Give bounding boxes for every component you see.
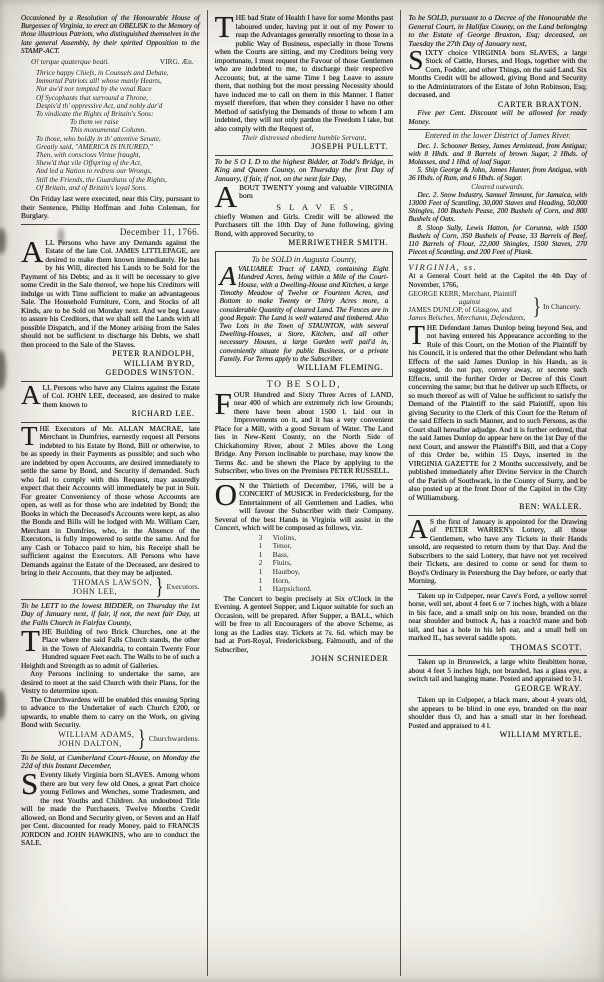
motto-text: O! terque quaterque beati. <box>31 57 109 66</box>
ad-body-text: LL Persons who have any Claims against t… <box>43 383 200 409</box>
article-divider <box>408 515 587 516</box>
ad-johnlee-estate: A LL Persons who have any Claims against… <box>21 384 200 419</box>
article-divider <box>21 381 200 382</box>
ad-dateline: To be LETT to the lowest BIDDER, on Thur… <box>21 602 200 628</box>
issue-date: December 11, 1766. <box>21 227 200 237</box>
dropcap: A <box>215 184 239 210</box>
chancery-parties: GEORGE KERR, Merchant, Plaintiff against… <box>408 290 587 323</box>
ad-cumberland-sale: To be Sold, at Cumberland Court-House, o… <box>21 754 200 848</box>
ad-body-text: VALUABLE Tract of LAND, containing Eight… <box>220 265 389 363</box>
motto-attribution: VIRG. Æn. <box>160 57 194 66</box>
article-divider <box>408 589 587 590</box>
article-divider <box>215 155 394 156</box>
chancery-order: VIRGINIA, ss. At a General Court held at… <box>408 262 587 511</box>
stray-notice-scott: Taken up in Culpeper, near Cave's Ford, … <box>408 592 587 653</box>
column-layout: Occasioned by a Resolution of the Honour… <box>14 10 594 976</box>
chancery-court-line: At a General Court held at the Capitol t… <box>408 272 587 288</box>
poem-line: To them we raise <box>36 118 200 126</box>
stray-notice-myrtle: Taken up in Culpeper, a black mare, abou… <box>408 696 587 740</box>
dropcap: T <box>21 628 42 654</box>
instrument: Harpsichord. <box>273 585 312 594</box>
party-line: JAMES DUNLOP, of Glasgow, and <box>408 306 531 314</box>
article-divider <box>215 479 394 480</box>
dropcap: A <box>220 265 239 288</box>
party-line: against <box>408 298 531 306</box>
poem-line: To vindicate the Rights of Britain's Son… <box>36 110 200 118</box>
ad-dateline: To be S O L D to the highest Bidder, at … <box>215 158 394 184</box>
ad-paragraph: The Concert to begin precisely at Six o'… <box>215 595 394 655</box>
obelisk-note-text: Occasioned by a Resolution of the Honour… <box>21 14 200 55</box>
signature: WILLIAM MYRTLE. <box>408 730 587 740</box>
ad-newkent-land: TO BE SOLD, F OUR Hundred and Sixty Thre… <box>215 380 394 476</box>
signature: WILLIAM ADAMS, <box>58 730 134 739</box>
dropcap: T <box>408 324 427 347</box>
signature: THOMAS LAWSON, <box>73 578 153 587</box>
chancery-jurisdiction: VIRGINIA, ss. <box>408 262 587 272</box>
article-divider <box>21 422 200 423</box>
dropcap: A <box>21 239 45 265</box>
ad-warren-lottery: A S the first of January is appointed fo… <box>408 518 587 586</box>
brace-label: In Chancery. <box>543 302 587 311</box>
shipping-entry: Dec. 2. Snow Industry, Samuel Tennant, f… <box>408 191 587 224</box>
brace-glyph: } <box>138 727 146 750</box>
ad-heading: TO BE SOLD, <box>215 380 394 390</box>
ad-body-text: Eventy likely Virginia born SLAVES. Amon… <box>21 770 200 847</box>
signature-brace-group: THOMAS LAWSON, JOHN LEE, } Executors. <box>21 578 200 596</box>
closing-line: Their distressed obedient humble Servant… <box>215 133 394 142</box>
order-body-text: HE Defendant James Dunlop being beyond S… <box>408 323 587 502</box>
signature: PETER RANDOLPH, <box>21 349 200 359</box>
obelisk-resolution-note: Occasioned by a Resolution of the Honour… <box>21 14 200 192</box>
obelisk-poem: Thrice happy Chiefs, in Counsels and Deb… <box>21 69 200 192</box>
party-line: GEORGE KERR, Merchant, Plaintiff <box>408 290 531 298</box>
dropcap: A <box>21 384 43 407</box>
notice-pullett: T HE bad State of Health I have for some… <box>215 14 394 152</box>
article-divider <box>21 224 200 225</box>
ad-falls-church-building: To be LETT to the lowest BIDDER, on Thur… <box>21 602 200 748</box>
party-line: James Belsches, Merchants, Defendants, <box>408 314 531 322</box>
ad-paragraph: The Churchwardens will be enabled this e… <box>21 696 200 730</box>
ad-paragraph: Five per Cent. Discount will be allowed … <box>408 109 587 126</box>
concert-instrument-list: 3Violins, 1Tenor, 1Bass, 2Fluits, 1Hautb… <box>215 534 394 594</box>
brace-glyph: } <box>533 295 541 318</box>
article-divider <box>408 655 587 656</box>
ad-body-text: LL Persons who have any Demands against … <box>21 238 200 349</box>
dropcap: S <box>21 771 40 797</box>
ad-heading: To be SOLD in Augusta County, <box>220 255 389 264</box>
shipping-heading: Entered in the lower District of James R… <box>408 132 587 140</box>
ad-body-text: S the first of January is appointed for … <box>408 517 587 586</box>
ad-paragraph: Any Persons inclining to undertake the s… <box>21 670 200 696</box>
scan-artifact <box>0 350 6 390</box>
ad-body-text: HE Executors of Mr. ALLAN MACRAE, late M… <box>21 424 200 578</box>
ad-concert-fredericksburg: O N the Thirtieth of December, 1766, wil… <box>215 482 394 664</box>
latin-motto: O! terque quaterque beati. VIRG. Æn. <box>21 55 200 67</box>
ad-body-text: HE Building of two Brick Churches, one a… <box>21 627 200 670</box>
ad-body-text: OUR Hundred and Sixty Three Acres of LAN… <box>215 390 394 476</box>
column-left: Occasioned by a Resolution of the Honour… <box>14 10 207 976</box>
signature: JOHN SCHNIEDER <box>215 654 394 664</box>
ad-body-text: IXTY choice VIRGINIA born SLAVES, a larg… <box>408 48 587 100</box>
stray-notice-wray: Taken up in Brunswick, a large white fle… <box>408 658 587 693</box>
ad-braxton-estate-sale: To be SOLD, pursuant to a Decree of the … <box>408 14 587 126</box>
column-right: To be SOLD, pursuant to a Decree of the … <box>400 10 594 976</box>
poem-line: And led a Nation to redress our Wrongs, <box>36 167 200 175</box>
poem-line: Despis'd th' oppressive Act, and nobly d… <box>36 102 200 110</box>
signature: GEORGE WRAY. <box>408 684 587 694</box>
signature: MERRIWETHER SMITH. <box>215 238 394 248</box>
brace-glyph: } <box>155 575 163 598</box>
signature-brace-group: WILLIAM ADAMS, JOHN DALTON, } Churchward… <box>21 730 200 748</box>
signature: WILLIAM BYRD, <box>21 359 200 369</box>
list-item: 1Harpsichord. <box>259 585 394 594</box>
dropcap: A <box>408 518 430 541</box>
signature: RICHARD LEE. <box>21 409 200 419</box>
article-divider <box>21 751 200 752</box>
ad-body-text: N the Thirtieth of December, 1766, will … <box>215 481 394 533</box>
ad-body-text: chiefly Women and Girls. Credit will be … <box>215 213 394 239</box>
brace-label: Executors. <box>167 582 200 591</box>
shipping-news: Entered in the lower District of James R… <box>408 132 587 256</box>
article-divider <box>408 129 587 130</box>
signature: GEDODES WINSTON. <box>21 368 200 378</box>
shipping-cleared-heading: Cleared outwards. <box>408 183 587 191</box>
ad-subheading: S L A V E S, <box>215 202 394 212</box>
poem-line: Still the Friends, the Guardians of the … <box>36 176 200 184</box>
poem-line: Of Britain, and of Britain's loyal Sons. <box>36 184 200 192</box>
scan-artifact <box>0 228 6 254</box>
signature: WILLIAM FLEMING. <box>220 363 389 373</box>
article-divider <box>408 259 587 260</box>
poem-line: Shew'd that vile Offspring of the Act, <box>36 159 200 167</box>
ad-todds-bridge-sale: To be S O L D to the highest Bidder, at … <box>215 158 394 248</box>
shipping-entry: 5. Ship George & John, James Hunter, fro… <box>408 166 587 182</box>
poem-line: Of Sycophants that surround a Throne, <box>36 94 200 102</box>
column-middle: T HE bad State of Health I have for some… <box>207 10 401 976</box>
ad-littlepage-estate: A LL Persons who have any Demands agains… <box>21 239 200 378</box>
poem-line: Then, with conscious Virtue fraught, <box>36 151 200 159</box>
poem-line: This monumental Column. <box>36 126 200 134</box>
scan-artifact <box>0 690 5 720</box>
dropcap: S <box>408 49 425 72</box>
article-divider <box>21 599 200 600</box>
brace-label: Churchwardens. <box>149 734 200 743</box>
dropcap: T <box>21 425 40 448</box>
ad-dateline: To be Sold, at Cumberland Court-House, o… <box>21 754 200 771</box>
signature: JOHN LEE, <box>73 587 153 596</box>
ad-body-text: HE bad State of Health I have for some M… <box>215 13 394 133</box>
ad-body-text: BOUT TWENTY young and valuable VIRGINIA … <box>239 183 393 201</box>
ad-augusta-land-boxed: To be SOLD in Augusta County, A VALUABLE… <box>215 251 394 377</box>
execution-notice: On Friday last were executed, near this … <box>21 195 200 221</box>
dropcap: T <box>215 14 236 40</box>
poem-line: Thrice happy Chiefs, in Counsels and Deb… <box>36 69 200 77</box>
signature: JOSEPH PULLETT. <box>215 142 394 152</box>
poem-line: To those, who boldly in th' attentive Se… <box>36 135 200 143</box>
ad-dateline: To be SOLD, pursuant to a Decree of the … <box>408 14 587 49</box>
shipping-entry: 8. Sloop Sally, Lewis Hatton, for Corunn… <box>408 224 587 257</box>
dropcap: F <box>215 391 234 417</box>
notice-body-text: Taken up in Culpeper, near Cave's Ford, … <box>408 592 587 643</box>
signature: JOHN DALTON, <box>58 739 134 748</box>
notice-body-text: Taken up in Brunswick, a large white fle… <box>408 658 587 684</box>
ad-macrae-executors: T HE Executors of Mr. ALLAN MACRAE, late… <box>21 425 200 596</box>
signature: BEN: WALLER. <box>408 502 587 512</box>
notice-body-text: Taken up in Culpeper, a black mare, abou… <box>408 696 587 730</box>
newspaper-page: Occasioned by a Resolution of the Honour… <box>0 0 604 982</box>
signature: THOMAS SCOTT. <box>408 643 587 653</box>
poem-line: Immortal Patriots all! whose manly Heart… <box>36 77 200 85</box>
poem-line: Nor aw'd nor tempted by the venal Race <box>36 85 200 93</box>
shipping-entry: Dec. 1. Schooner Betsey, James Armistead… <box>408 142 587 167</box>
count: 1 <box>259 585 273 594</box>
dropcap: O <box>215 482 239 508</box>
poem-line: Greatly said, "AMERICA IS INJURED," <box>36 143 200 151</box>
